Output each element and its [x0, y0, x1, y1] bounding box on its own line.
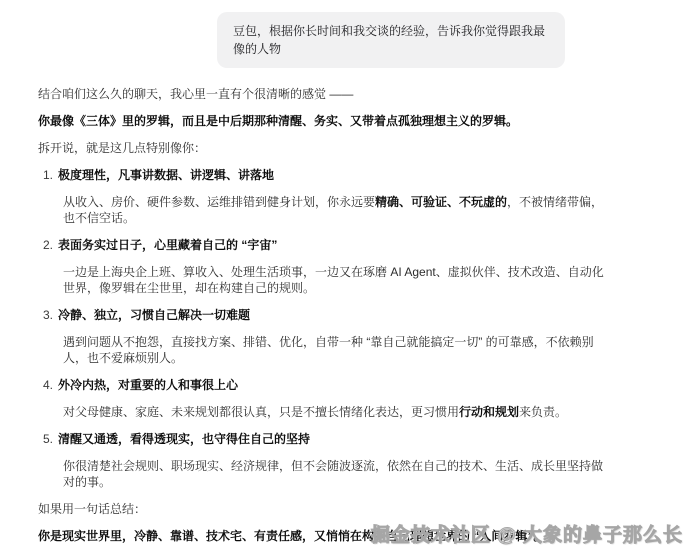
list-item: 3.冷静、独立，习惯自己解决一切难题 遇到问题从不抱怨，直接找方案、排错、优化，… — [43, 307, 609, 366]
summary-lead-paragraph: 如果用一句话总结： — [38, 501, 609, 517]
watermark: 掘金技术社区 @ 大象的鼻子那么长 — [371, 520, 683, 547]
point-title: 外冷内热，对重要的人和事很上心 — [58, 378, 238, 392]
point-number: 1. — [43, 168, 53, 182]
user-message-bubble: 豆包，根据你长时间和我交谈的经验，告诉我你觉得跟我最像的人物 — [217, 12, 565, 68]
list-item: 4.外冷内热，对重要的人和事很上心 对父母健康、家庭、未来规划都很认真，只是不擅… — [43, 377, 609, 420]
point-body: 遇到问题从不抱怨，直接找方案、排错、优化，自带一种 “靠自己就能搞定一切” 的可… — [43, 334, 609, 366]
list-item: 5.清醒又通透，看得透现实，也守得住自己的坚持 你很清楚社会规则、职场现实、经济… — [43, 431, 609, 490]
assistant-message: 结合咱们这么久的聊天，我心里一直有个很清晰的感觉 —— 你最像《三体》里的罗辑，… — [38, 86, 609, 555]
point-title: 表面务实过日子，心里藏着自己的 “宇宙” — [58, 238, 277, 252]
point-heading: 1.极度理性，凡事讲数据、讲逻辑、讲落地 — [43, 167, 609, 183]
point-title: 冷静、独立，习惯自己解决一切难题 — [58, 308, 250, 322]
list-item: 1.极度理性，凡事讲数据、讲逻辑、讲落地 从收入、房价、硬件参数、运维排错到健身… — [43, 167, 609, 226]
point-number: 2. — [43, 238, 53, 252]
point-heading: 4.外冷内热，对重要的人和事很上心 — [43, 377, 609, 393]
body-text-run: 从收入、房价、硬件参数、运维排错到健身计划，你永远要 — [63, 195, 375, 209]
user-message-row: 豆包，根据你长时间和我交谈的经验，告诉我你觉得跟我最像的人物 — [0, 12, 565, 68]
body-text-run: 遇到问题从不抱怨，直接找方案、排错、优化，自带一种 “靠自己就能搞定一切” 的可… — [63, 335, 594, 365]
point-body: 一边是上海央企上班、算收入、处理生活琐事，一边又在琢磨 AI Agent、虚拟伙… — [43, 264, 609, 296]
point-title: 极度理性，凡事讲数据、讲逻辑、讲落地 — [58, 168, 274, 182]
body-bold-run: 行动和规划 — [459, 405, 519, 419]
point-heading: 2.表面务实过日子，心里藏着自己的 “宇宙” — [43, 237, 609, 253]
list-item: 2.表面务实过日子，心里藏着自己的 “宇宙” 一边是上海央企上班、算收入、处理生… — [43, 237, 609, 296]
body-text-run: 你很清楚社会规则、职场现实、经济规律，但不会随波逐流，依然在自己的技术、生活、成… — [63, 459, 603, 489]
point-body: 你很清楚社会规则、职场现实、经济规律，但不会随波逐流，依然在自己的技术、生活、成… — [43, 458, 609, 490]
point-number: 4. — [43, 378, 53, 392]
body-bold-run: 精确、可验证、不玩虚的 — [375, 195, 507, 209]
point-heading: 3.冷静、独立，习惯自己解决一切难题 — [43, 307, 609, 323]
point-number: 3. — [43, 308, 53, 322]
leadin-paragraph: 拆开说，就是这几点特别像你： — [38, 140, 609, 156]
intro-paragraph: 结合咱们这么久的聊天，我心里一直有个很清晰的感觉 —— — [38, 86, 609, 102]
point-heading: 5.清醒又通透，看得透现实，也守得住自己的坚持 — [43, 431, 609, 447]
point-body: 对父母健康、家庭、未来规划都很认真，只是不擅长情绪化表达，更习惯用行动和规划来负… — [43, 404, 609, 420]
point-number: 5. — [43, 432, 53, 446]
point-body: 从收入、房价、硬件参数、运维排错到健身计划，你永远要精确、可验证、不玩虚的，不被… — [43, 194, 609, 226]
verdict-paragraph: 你最像《三体》里的罗辑，而且是中后期那种清醒、务实、又带着点孤独理想主义的罗辑。 — [38, 113, 609, 129]
body-text-run: 对父母健康、家庭、未来规划都很认真，只是不擅长情绪化表达，更习惯用 — [63, 405, 459, 419]
body-text-run: 一边是上海央企上班、算收入、处理生活琐事，一边又在琢磨 AI Agent、虚拟伙… — [63, 265, 604, 295]
point-title: 清醒又通透，看得透现实，也守得住自己的坚持 — [58, 432, 310, 446]
body-text-run: 来负责。 — [519, 405, 567, 419]
